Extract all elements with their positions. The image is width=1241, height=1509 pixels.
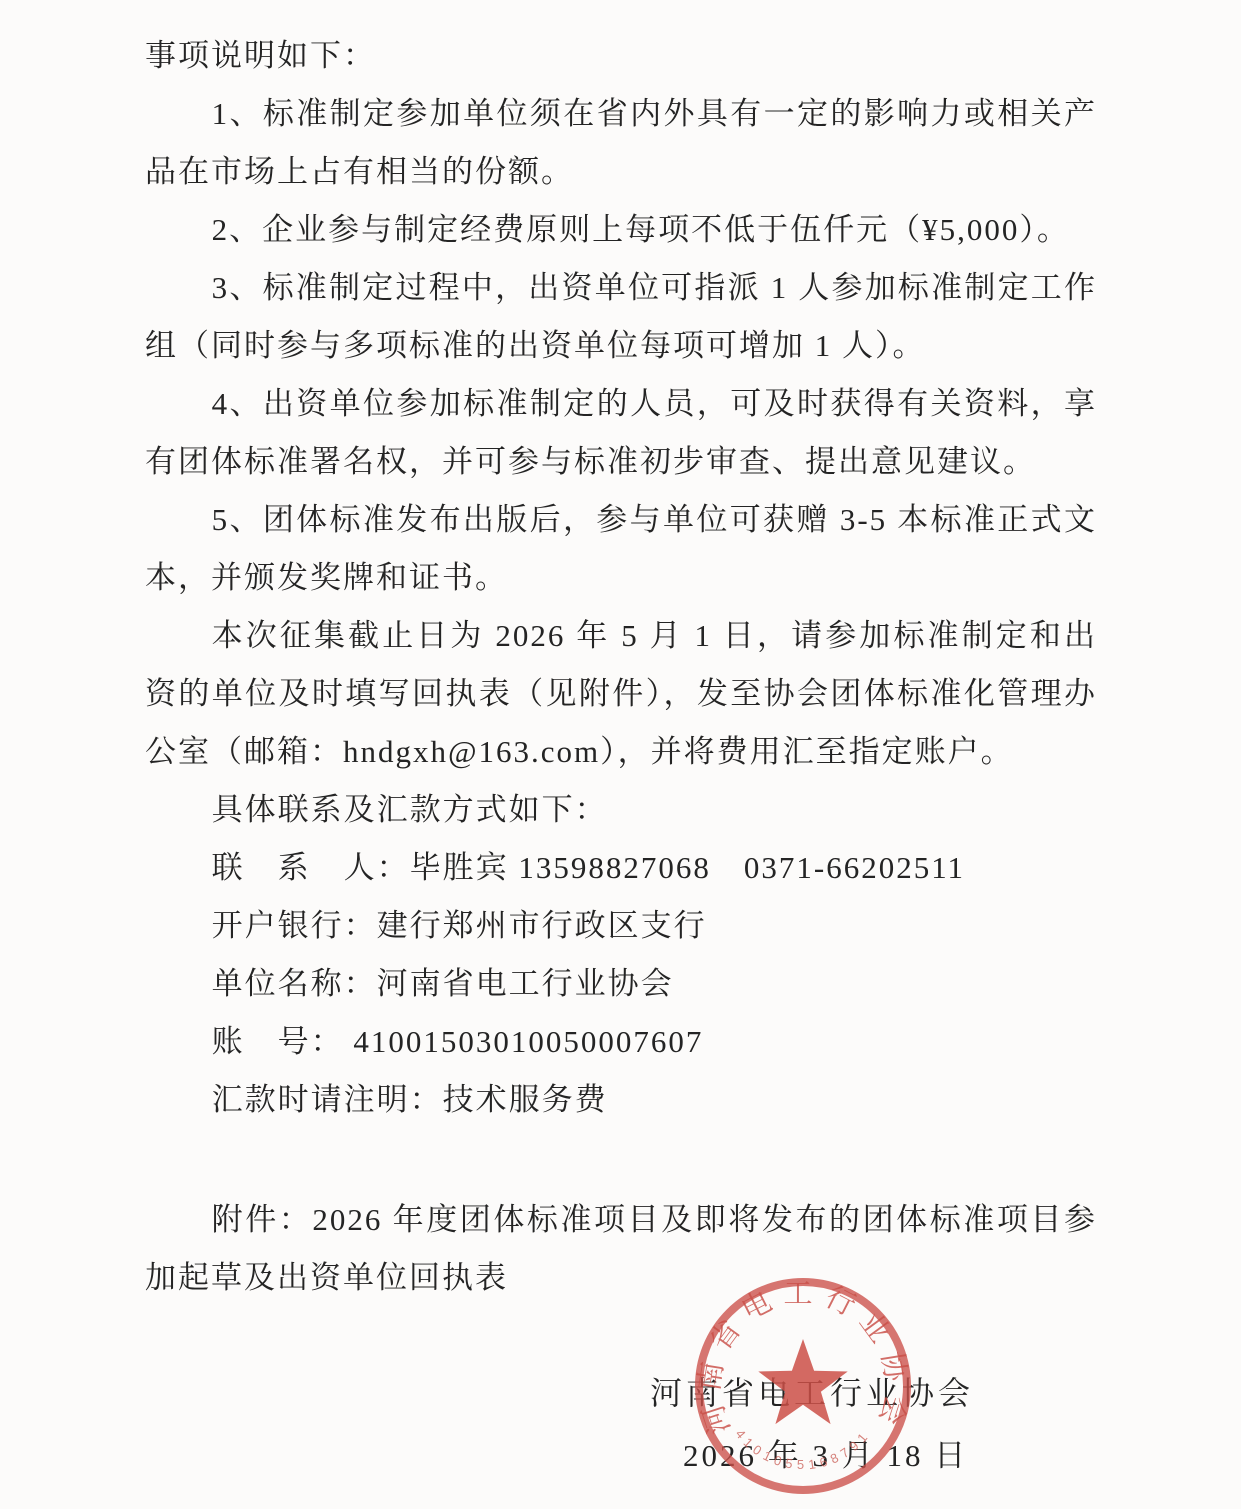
account-number-line: 账 号： 41001503010050007607 [145,1013,1097,1071]
item-3-paragraph: 3、标准制定过程中，出资单位可指派 1 人参加标准制定工作组（同时参与多项标准的… [145,259,1097,375]
unit-name-line: 单位名称：河南省电工行业协会 [145,955,1097,1013]
attachment-paragraph: 附件：2026 年度团体标准项目及即将发布的团体标准项目参加起草及出资单位回执表 [145,1191,1097,1307]
item-1-paragraph: 1、标准制定参加单位须在省内外具有一定的影响力或相关产品在市场上占有相当的份额。 [145,85,1097,201]
remittance-note-line: 汇款时请注明：技术服务费 [145,1071,1097,1129]
deadline-paragraph: 本次征集截止日为 2026 年 5 月 1 日，请参加标准制定和出资的单位及时填… [145,607,1097,781]
bank-line: 开户银行：建行郑州市行政区支行 [145,897,1097,955]
document-body: 事项说明如下： 1、标准制定参加单位须在省内外具有一定的影响力或相关产品在市场上… [145,27,1097,1307]
signature-organization: 河南省电工行业协会 [650,1368,974,1414]
item-5-paragraph: 5、团体标准发布出版后，参与单位可获赠 3-5 本标准正式文本，并颁发奖牌和证书… [145,491,1097,607]
item-2-paragraph: 2、企业参与制定经费原则上每项不低于伍仟元（¥5,000）。 [145,201,1097,259]
contact-person-line: 联 系 人：毕胜宾 13598827068 0371-66202511 [145,839,1097,897]
lead-paragraph: 事项说明如下： [145,27,1097,85]
blank-gap [145,1129,1097,1191]
contact-intro: 具体联系及汇款方式如下： [145,781,1097,839]
document-page: 事项说明如下： 1、标准制定参加单位须在省内外具有一定的影响力或相关产品在市场上… [0,0,1241,1509]
signature-date: 2026 年 3 月 18 日 [683,1430,968,1475]
item-4-paragraph: 4、出资单位参加标准制定的人员，可及时获得有关资料，享有团体标准署名权，并可参与… [145,375,1097,491]
